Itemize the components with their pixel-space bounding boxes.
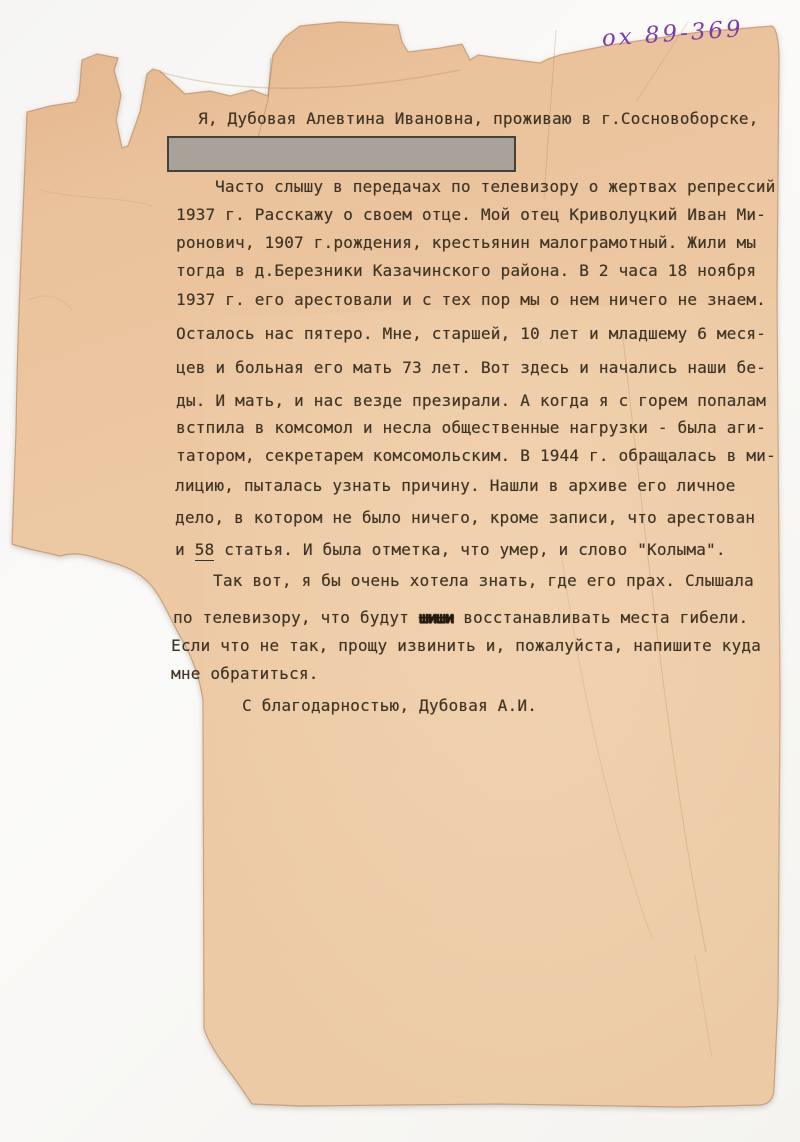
typewritten-line-14: и 58 статья. И была отметка, что умер, и…: [175, 541, 726, 558]
text-segment: и: [175, 540, 195, 559]
typewritten-line-16: по телевизору, что будут шиши восстанавл…: [173, 609, 748, 626]
typewritten-line-9: ды. И мать, и нас везде презирали. А ког…: [176, 392, 766, 409]
typewritten-line-1: Я, Дубовая Алевтина Ивановна, проживаю в…: [198, 110, 758, 127]
typewritten-line-4: ронович, 1907 г.рождения, крестьянин мал…: [176, 234, 756, 251]
typewritten-line-7: Осталось нас пятеро. Мне, старшей, 10 ле…: [176, 325, 766, 342]
typewritten-line-18: мне обратиться.: [171, 665, 319, 682]
redaction-bar: [167, 136, 516, 172]
typewritten-line-8: цев и больная его мать 73 лет. Вот здесь…: [176, 359, 766, 376]
typewritten-line-3: 1937 г. Расскажу о своем отце. Мой отец …: [176, 206, 766, 223]
typewritten-line-13: дело, в котором не было ничего, кроме за…: [175, 509, 755, 526]
text-segment: статья. И была отметка, что умер, и слов…: [214, 540, 725, 559]
scanned-document-page: ох 89-369 Я, Дубовая Алевтина Ивановна, …: [0, 0, 800, 1142]
struck-out-text: шиши: [419, 608, 454, 627]
typewritten-line-19: С благодарностью, Дубовая А.И.: [242, 697, 537, 714]
typewritten-line-15: Так вот, я бы очень хотела знать, где ег…: [213, 572, 754, 589]
typewritten-line-2: Часто слышу в передачах по телевизору о …: [215, 178, 775, 195]
text-segment: по телевизору, что будут: [173, 608, 419, 627]
text-segment: восстанавливать места гибели.: [453, 608, 748, 627]
underlined-text: 58: [195, 540, 215, 561]
typewritten-line-10: встпила в комсомол и несла общественные …: [176, 419, 766, 436]
typewritten-line-11: татором, секретарем комсомольским. В 194…: [176, 447, 776, 464]
typewritten-line-17: Если что не так, прощу извинить и, пожал…: [171, 637, 761, 654]
typewritten-line-5: тогда в д.Березники Казачинского района.…: [176, 262, 756, 279]
typewritten-line-12: лицию, пыталась узнать причину. Нашли в …: [175, 477, 735, 494]
typewritten-line-6: 1937 г. его арестовали и с тех пор мы о …: [176, 291, 766, 308]
